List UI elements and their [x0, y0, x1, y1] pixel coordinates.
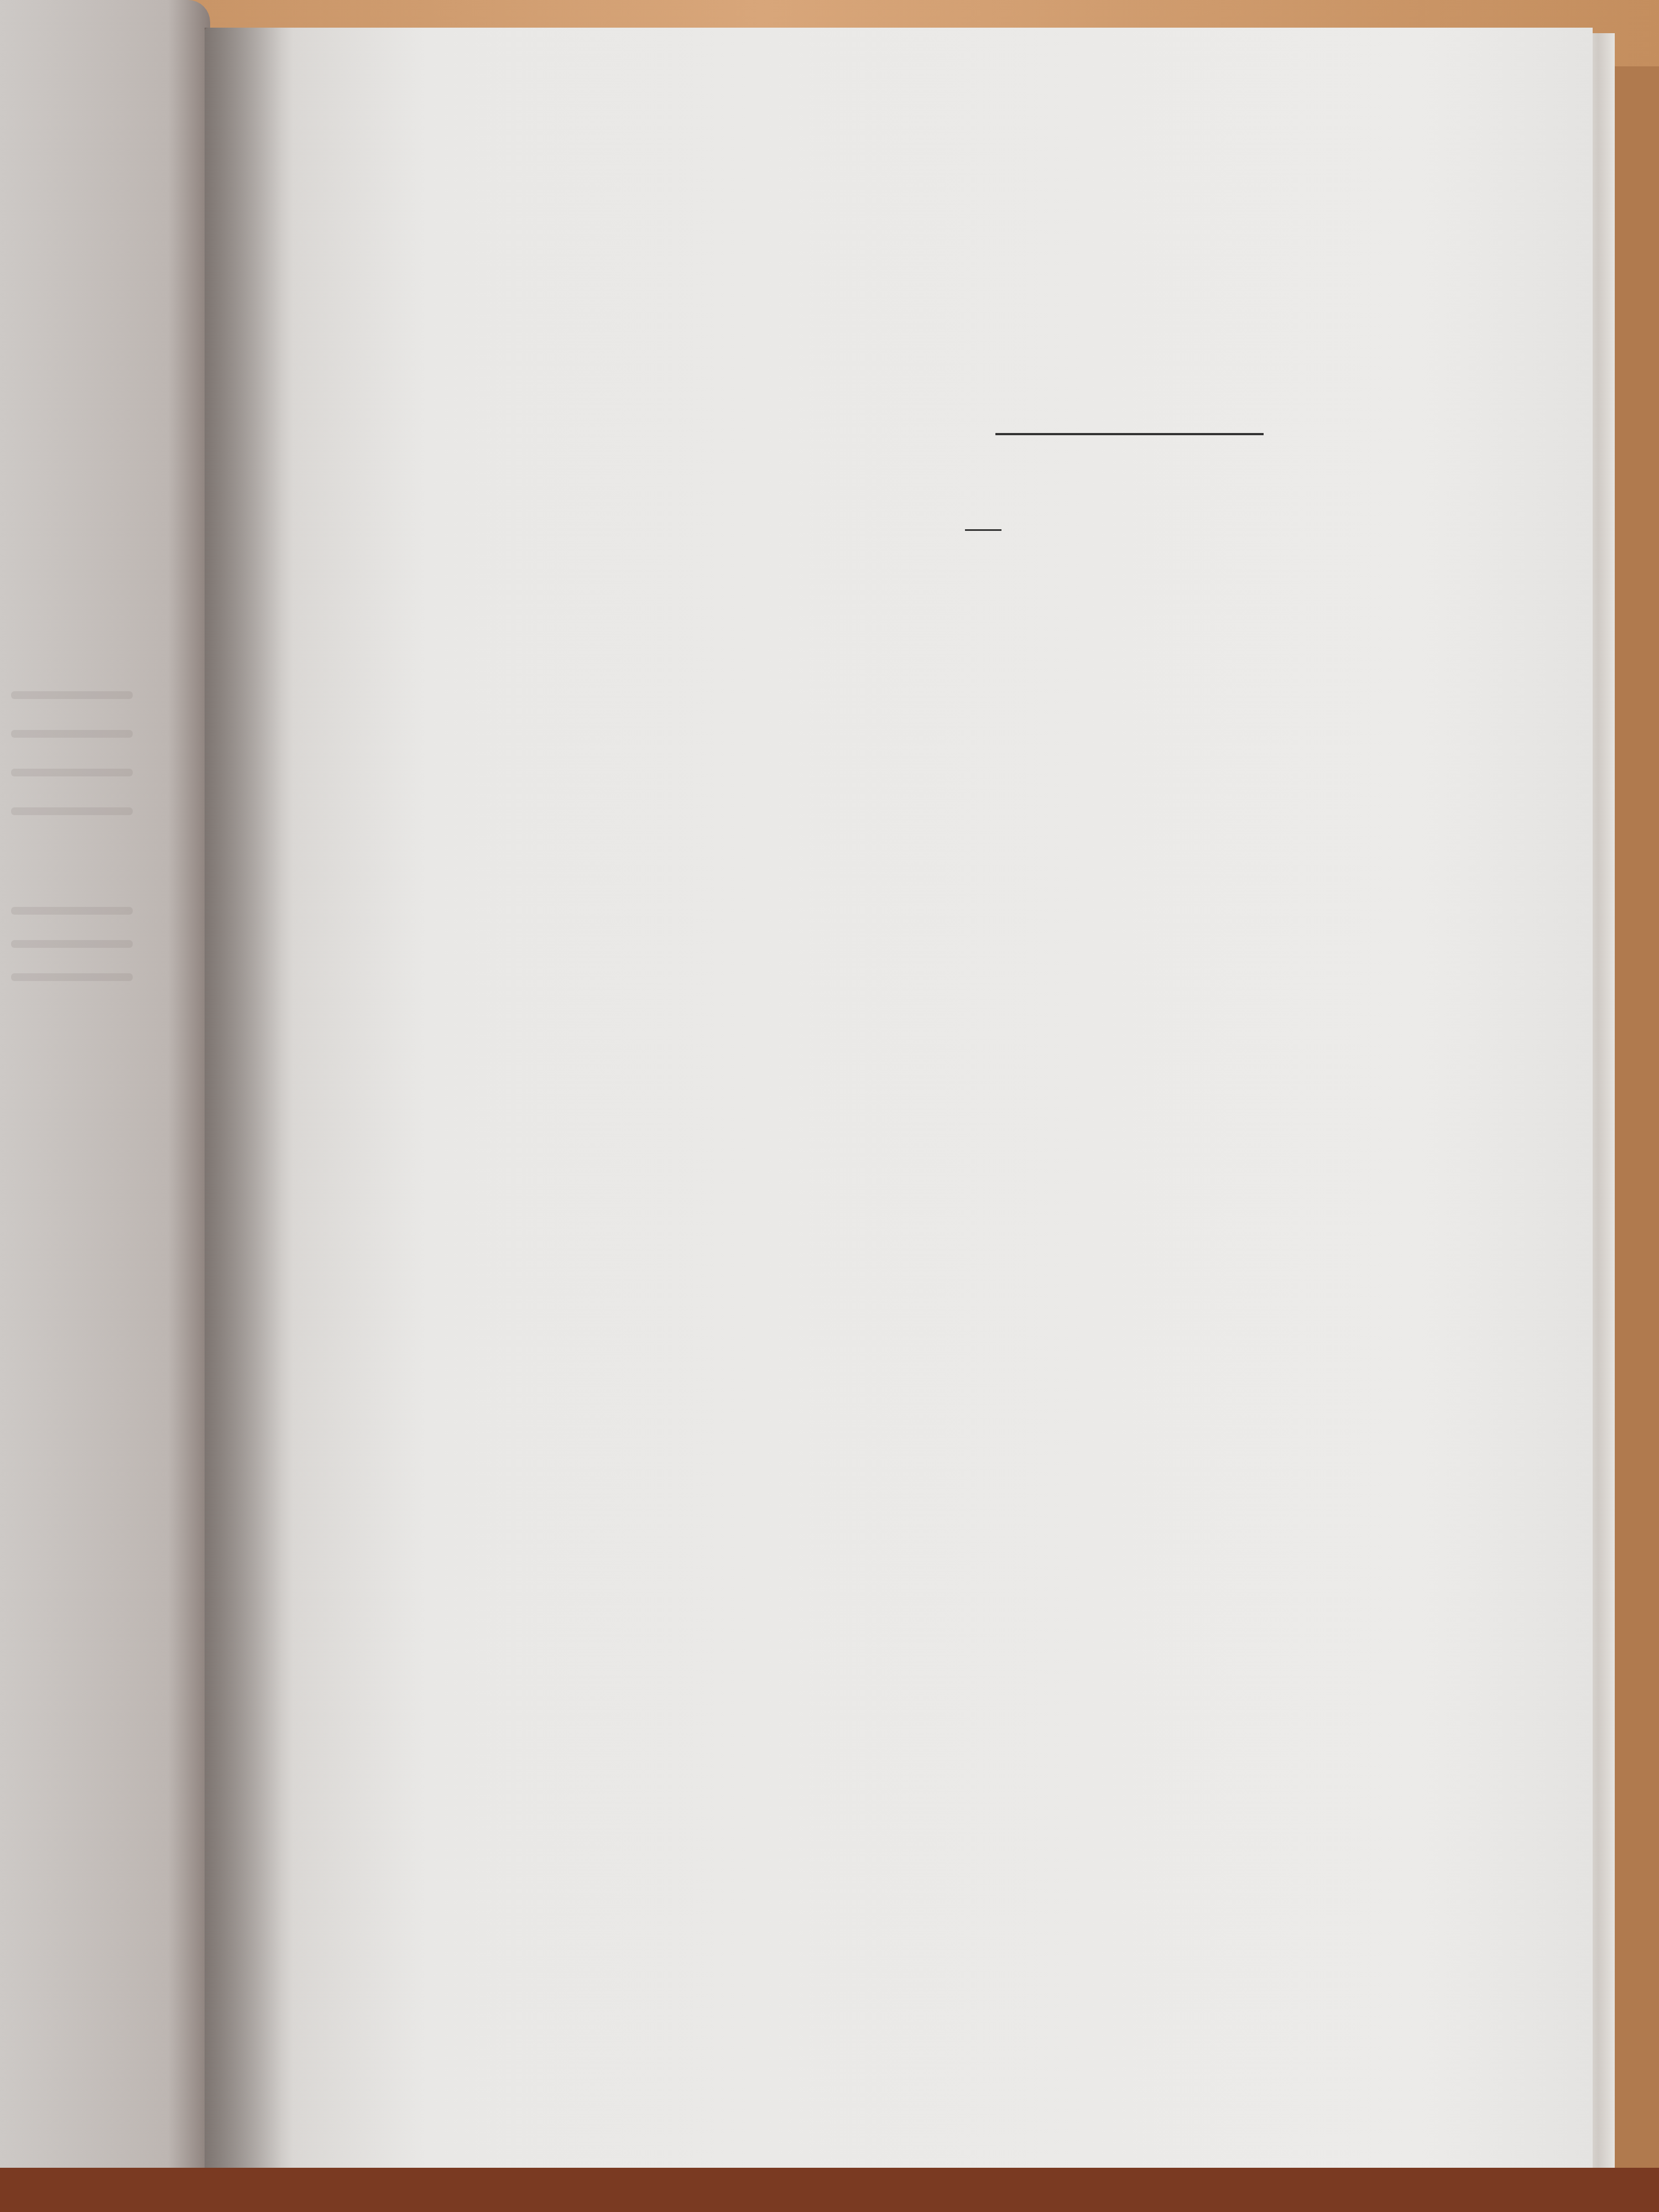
task-document	[0, 0, 1659, 2212]
date-day-line	[965, 529, 1001, 531]
approval-signature-line	[995, 433, 1264, 435]
